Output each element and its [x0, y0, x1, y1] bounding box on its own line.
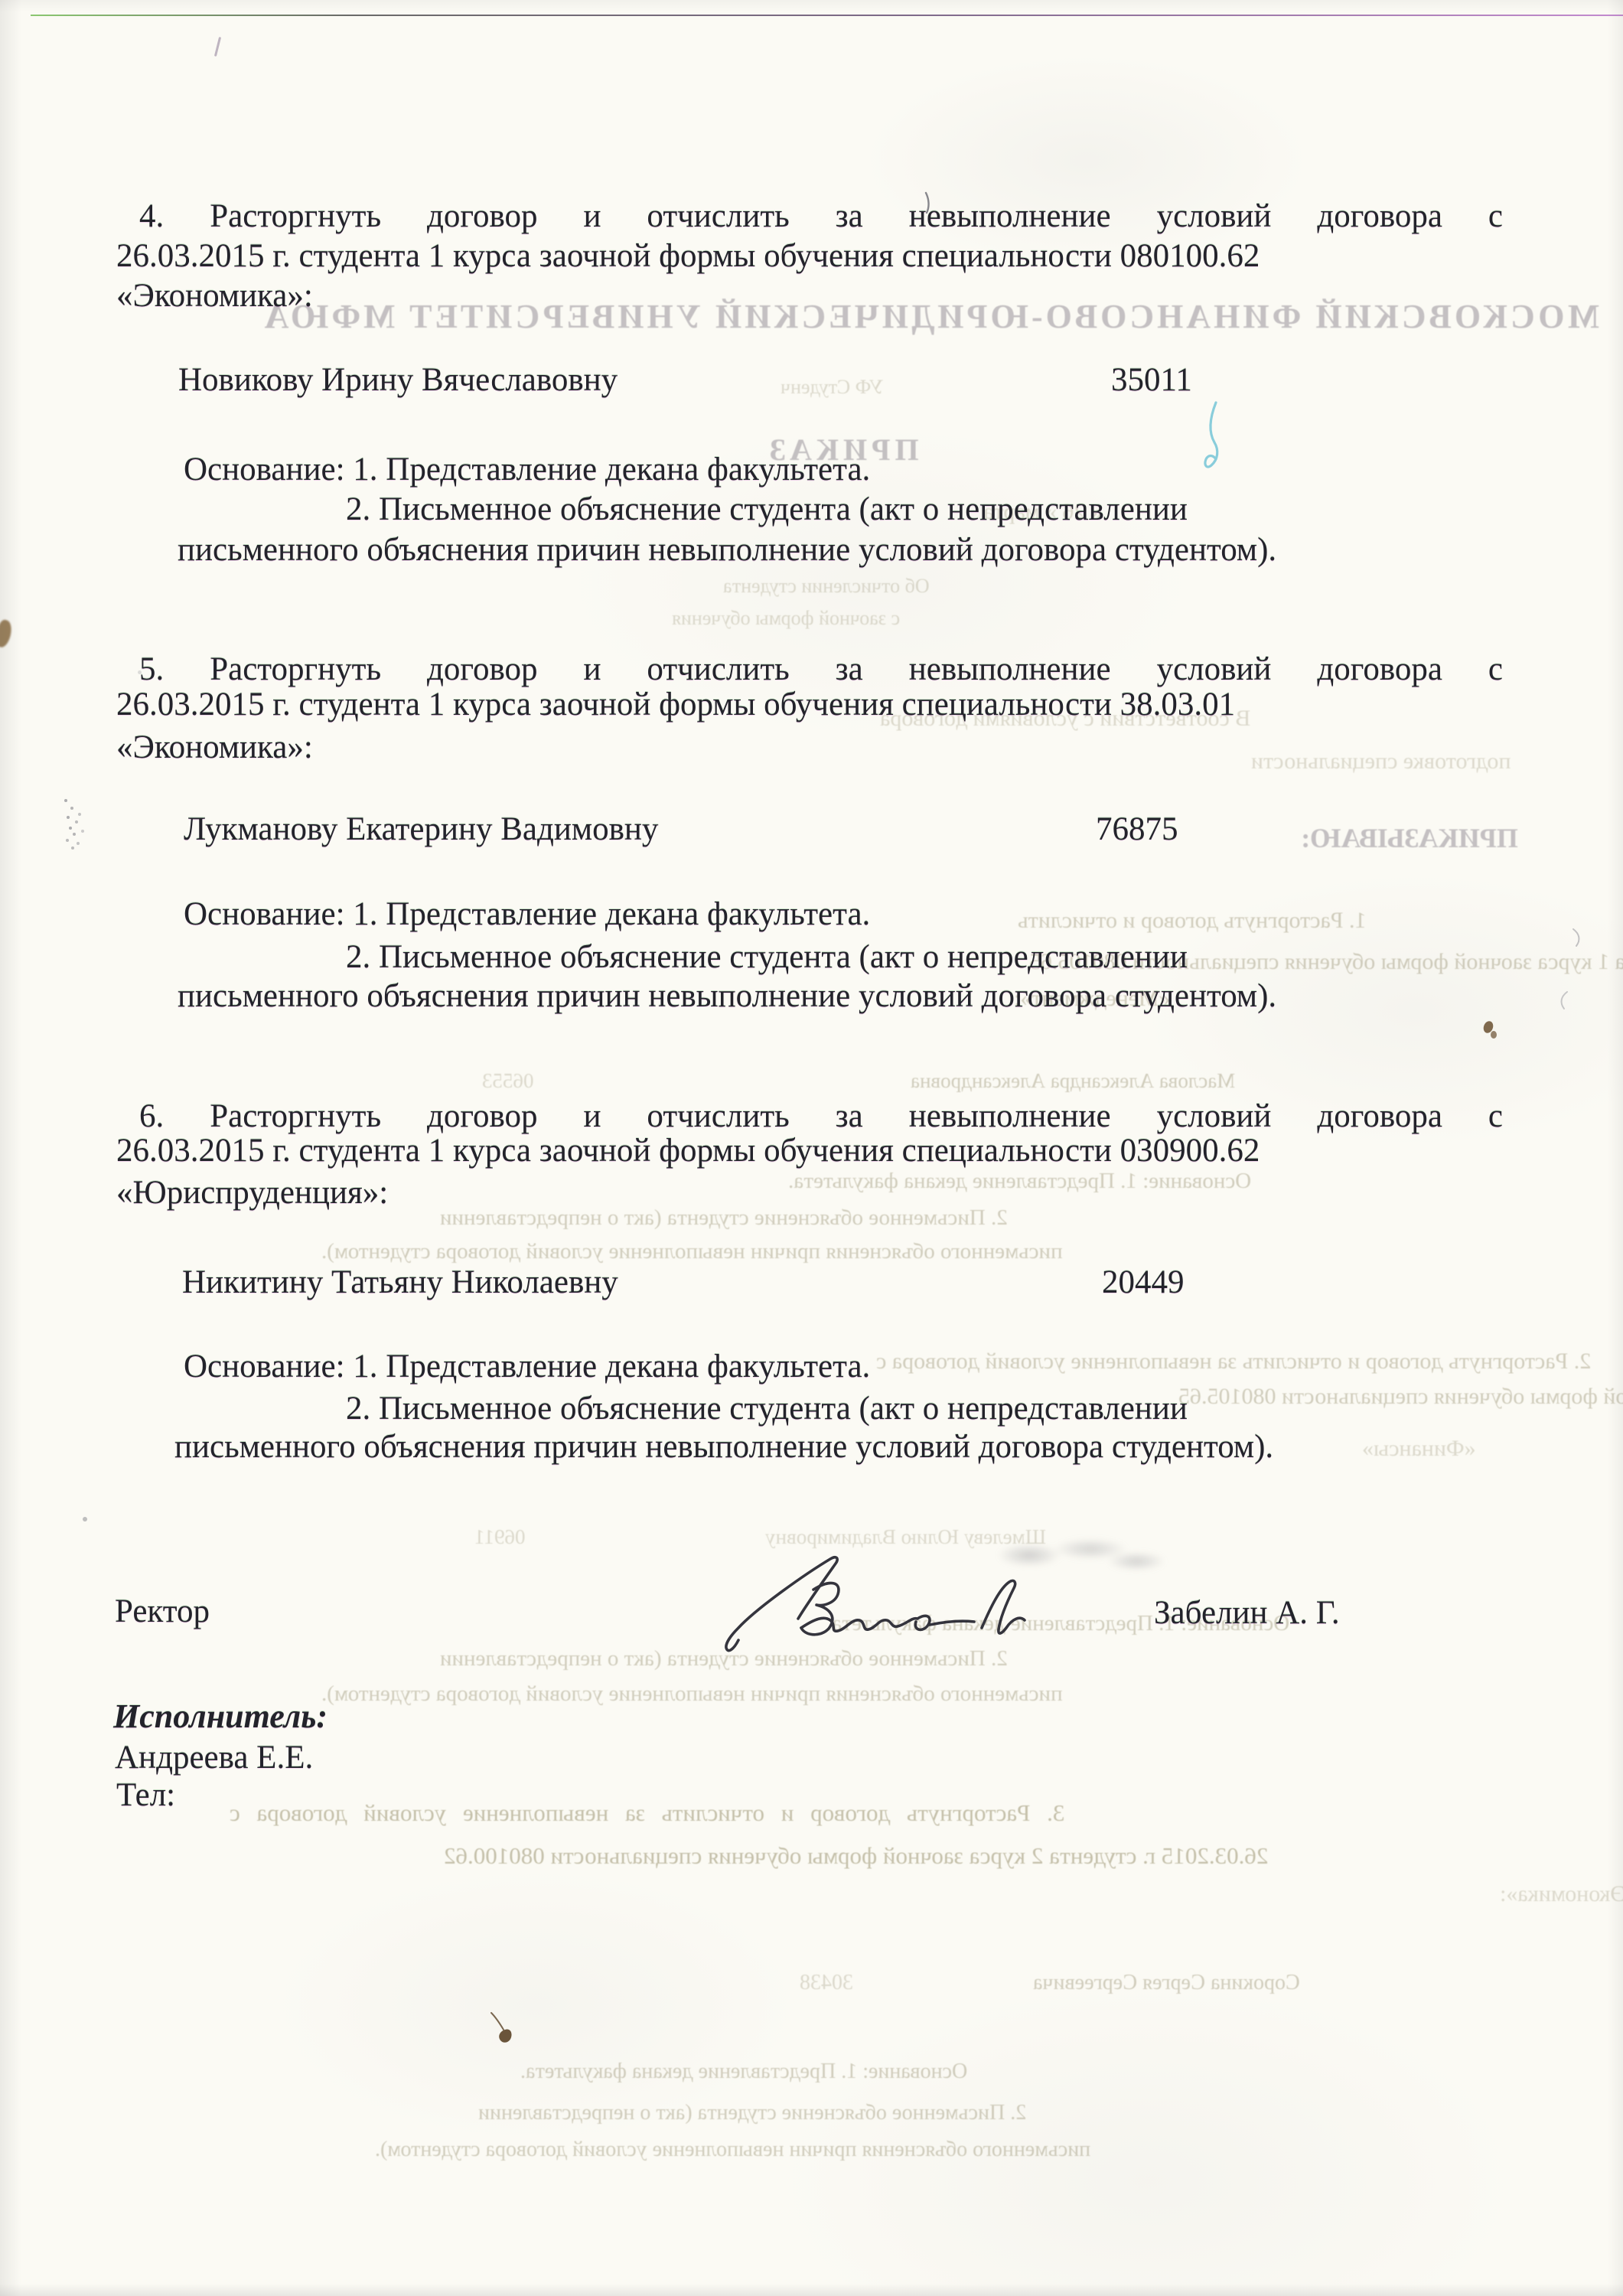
bleedthrough-item1-line-1: 1. Расторгнуть договор и отчислить — [1018, 908, 1367, 933]
order-item-5-line-3: «Экономика»: — [116, 729, 313, 768]
bleedthrough-osn3-b: 2. Письменное объяснение студента (акт о… — [478, 2102, 1026, 2125]
basis-3-line-b: 2. Письменное объяснение студента (акт о… — [346, 1390, 1188, 1429]
bleedthrough-intro-line-2: подготовке специальности — [1251, 748, 1511, 774]
basis-2-line-b: 2. Письменное объяснение студента (акт о… — [346, 938, 1188, 977]
student-id-nikitina: 20449 — [1102, 1264, 1185, 1303]
order-item-5-line-2: 26.03.2015 г. студента 1 курса заочной ф… — [116, 686, 1235, 725]
tiny-gray-dot — [83, 1517, 87, 1521]
scan-shadow-top — [0, 0, 1623, 12]
bleedthrough-item3-line-1: 3. Расторгнуть договор и отчислить за не… — [230, 1800, 1064, 1826]
basis-1-line-a: Основание: 1. Представление декана факул… — [184, 451, 870, 490]
executor-name: Андреева Е.Е. — [115, 1739, 313, 1778]
fly-speck — [487, 2007, 520, 2047]
order-item-6-line-2: 26.03.2015 г. студента 1 курса заочной ф… — [116, 1132, 1260, 1171]
bleedthrough-osn3-a: Основание: 1. Представление декана факул… — [520, 2060, 967, 2084]
student-id-lukmanova: 76875 — [1096, 810, 1178, 850]
scan-shadow-bottom — [0, 2284, 1623, 2296]
bleedthrough-item1-student-name: Маслова Александра Александровна — [911, 1070, 1235, 1093]
margin-scratch-1 — [1569, 926, 1587, 949]
brown-ink-blot — [0, 618, 14, 648]
bleedthrough-item3-student-name: Сорокина Сергея Сергеевича — [1033, 1971, 1300, 1995]
basis-3-line-c: письменного объяснения причин невыполнен… — [174, 1428, 1273, 1467]
rector-label: Ректор — [115, 1593, 210, 1632]
bleedthrough-osn1-a: Основание: 1. Представление декана факул… — [788, 1169, 1251, 1194]
bleedthrough-item2-line-1: 2. Расторгнуть договор и отчислить за не… — [876, 1349, 1591, 1374]
student-name-lukmanova: Лукманову Екатерину Вадимовну — [184, 810, 658, 850]
phone-label: Тел: — [116, 1776, 175, 1815]
basis-1-line-c: письменного объяснения причин невыполнен… — [178, 531, 1276, 570]
corner-tick-mark — [214, 37, 221, 57]
basis-1-line-b: 2. Письменное объяснение студента (акт о… — [346, 491, 1188, 530]
pencil-speckle-cluster — [64, 799, 67, 802]
bleedthrough-osn1-b: 2. Письменное объяснение студента (акт о… — [440, 1206, 1008, 1231]
executor-label: Исполнитель: — [113, 1697, 328, 1737]
bleedthrough-item1-student-id: 06553 — [482, 1070, 534, 1093]
margin-scratch-2 — [1555, 989, 1573, 1012]
scan-shadow-right — [1608, 0, 1623, 2296]
bleedthrough-item2-spec: «Финансы» — [1362, 1436, 1476, 1461]
student-name-novikova: Новикову Ирину Вячеславовну — [178, 361, 618, 400]
bleedthrough-dept: УФ Студенч — [781, 377, 884, 399]
order-item-6-line-3: «Юриспруденция»: — [116, 1174, 388, 1213]
bleedthrough-item3-line-2: 26.03.2015 г. студента 2 курса заочной ф… — [444, 1843, 1268, 1869]
bleedthrough-subject-line-1: Об отчислении студента — [723, 576, 930, 598]
bleedthrough-subject-line-2: с заочной формы обучения — [672, 608, 900, 630]
bleedthrough-item2-student-id: 06911 — [474, 1526, 526, 1549]
bleedthrough-osn2-c: письменного объяснения причин невыполнен… — [321, 1682, 1063, 1707]
basis-2-line-c: письменного объяснения причин невыполнен… — [178, 977, 1276, 1016]
basis-3-line-a: Основание: 1. Представление декана факул… — [184, 1348, 870, 1387]
student-id-novikova: 35011 — [1111, 361, 1192, 400]
rector-name: Забелин А. Г. — [1154, 1594, 1340, 1633]
bleedthrough-item3-student-id: 30438 — [800, 1971, 853, 1995]
blue-pen-squiggle — [1190, 398, 1243, 482]
order-item-4-line-1: 4. Расторгнуть договор и отчислить за не… — [116, 197, 1503, 236]
scan-shadow-left — [0, 0, 21, 2296]
order-item-4-line-3: «Экономика»: — [116, 277, 313, 316]
student-name-nikitina: Никитину Татьяну Николаевну — [182, 1264, 618, 1303]
bleedthrough-osn1-c: письменного объяснения причин невыполнен… — [321, 1240, 1063, 1264]
bleedthrough-item3-spec: «Экономика»: — [1500, 1881, 1623, 1906]
bleedthrough-university-header: МОСКОВСКИЙ ФИНАНСОВО-ЮРИДИЧЕСКИЙ УНИВЕРС… — [253, 298, 1599, 335]
order-item-4-line-2: 26.03.2015 г. студента 1 курса заочной ф… — [116, 237, 1260, 276]
bleedthrough-item2-line-2: 26.03.2015 г. студента 1 курса заочной ф… — [1178, 1384, 1623, 1409]
tiny-gray-dot-2 — [138, 670, 142, 674]
basis-2-line-a: Основание: 1. Представление декана факул… — [184, 895, 870, 934]
order-item-6-line-1: 6. Расторгнуть договор и отчислить за не… — [116, 1097, 1503, 1137]
scanned-document-page: МОСКОВСКИЙ ФИНАНСОВО-ЮРИДИЧЕСКИЙ УНИВЕРС… — [0, 0, 1623, 2296]
rector-signature — [715, 1542, 1113, 1665]
scanner-edge-line — [31, 15, 1623, 16]
bleedthrough-osn3-c: письменного объяснения причин невыполнен… — [375, 2138, 1090, 2162]
small-brown-speck — [1478, 1016, 1501, 1042]
bleedthrough-prikazyvayu: ПРИКАЗЫВАЮ: — [1301, 823, 1518, 854]
order-item-5-line-1: 5. Расторгнуть договор и отчислить за не… — [116, 651, 1503, 690]
